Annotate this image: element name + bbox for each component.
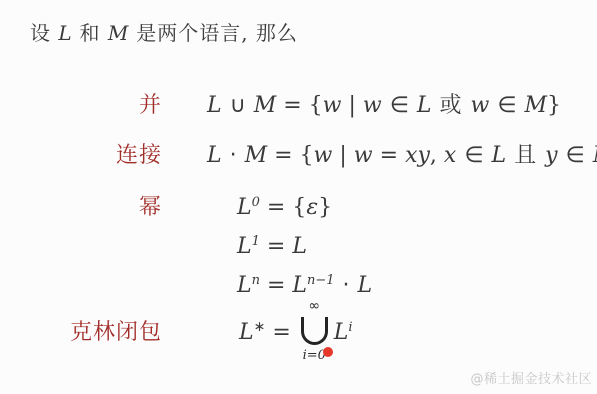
math-token: n−1	[307, 273, 335, 288]
math-token: ·	[222, 143, 245, 168]
formula-power-group: L0 = {ε} L1 = L Ln = Ln−1 · L	[237, 186, 372, 303]
watermark-text: @稀土掘金技术社区	[470, 368, 592, 387]
math-token: M	[525, 93, 548, 118]
math-token: L	[58, 21, 72, 45]
math-token: = {	[276, 93, 322, 118]
term-label-union: 并	[0, 92, 162, 120]
formula-concatenation: L · M = {w | w = xy, x ∈ L 且 y ∈ M}	[207, 142, 597, 171]
definition-row-concatenation: 连接 L · M = {w | w = xy, x ∈ L 且 y ∈ M}	[0, 142, 597, 171]
term-label-concatenation: 连接	[0, 142, 162, 170]
math-token: ε	[306, 195, 318, 220]
math-token: ∈	[489, 93, 524, 118]
math-token: M	[245, 143, 268, 168]
math-token: M	[108, 21, 129, 45]
formula-kleene-closure: L∗ = ∞i=0Li	[239, 301, 353, 365]
infinity-upper-limit: ∞	[308, 299, 320, 314]
math-token: }	[547, 93, 561, 118]
intro-sentence: 设 L 和 M 是两个语言, 那么	[30, 20, 298, 46]
math-token: = {	[260, 195, 306, 220]
math-token: 1	[252, 234, 260, 249]
math-token: w	[354, 143, 373, 168]
math-token: 和	[72, 21, 108, 45]
math-token: ∪	[222, 93, 254, 118]
math-token: ∗	[254, 319, 266, 335]
math-token: 设	[30, 21, 58, 45]
math-token: i	[348, 320, 352, 335]
math-token: L	[417, 93, 432, 118]
math-token: 或	[432, 93, 471, 118]
math-token: w	[323, 93, 342, 118]
math-token: x	[444, 143, 456, 168]
math-token: L	[237, 195, 252, 220]
math-token: y	[545, 143, 557, 168]
definition-row-kleene-closure: 克林闭包 L∗ = ∞i=0Li	[0, 296, 597, 370]
math-token: L	[292, 273, 307, 298]
math-token: L	[292, 234, 307, 259]
math-token: ∈	[382, 93, 417, 118]
math-token: 且	[506, 143, 545, 168]
math-token: 0	[252, 195, 260, 210]
definition-row-power: 幂 L0 = {ε} L1 = L Ln = Ln−1 · L	[0, 186, 597, 303]
math-token: L	[239, 320, 254, 345]
math-token: L	[207, 143, 222, 168]
math-token: L	[334, 320, 349, 345]
math-token: =	[260, 234, 292, 259]
math-token: M	[593, 143, 597, 168]
term-label-kleene-closure: 克林闭包	[0, 319, 162, 347]
laser-pointer-dot	[323, 347, 333, 357]
term-label-power: 幂	[0, 194, 162, 222]
math-token: ∈	[456, 143, 491, 168]
math-token: ·	[335, 273, 358, 298]
math-token: L	[237, 273, 252, 298]
math-token: L	[207, 93, 222, 118]
math-token: =	[373, 143, 405, 168]
formula-power-base: L0 = {ε}	[237, 186, 372, 225]
formula-union: L ∪ M = {w | w ∈ L 或 w ∈ M}	[207, 92, 561, 121]
math-token: |	[332, 143, 353, 168]
math-token: L	[491, 143, 506, 168]
math-token: L	[237, 234, 252, 259]
formula-power-one: L1 = L	[237, 225, 372, 264]
math-token: |	[342, 93, 363, 118]
definition-row-union: 并 L ∪ M = {w | w ∈ L 或 w ∈ M}	[0, 92, 597, 121]
math-token: }	[318, 195, 332, 220]
math-token: =	[260, 273, 292, 298]
math-token: w	[314, 143, 333, 168]
math-token: L	[358, 273, 373, 298]
math-token: xy	[405, 143, 430, 168]
math-token: = {	[267, 143, 313, 168]
big-union-icon	[301, 317, 328, 345]
math-token: =	[265, 320, 297, 345]
math-token: n	[252, 273, 260, 288]
math-token: w	[471, 93, 490, 118]
math-token: w	[363, 93, 382, 118]
slide-canvas: 设 L 和 M 是两个语言, 那么 并 L ∪ M = {w | w ∈ L 或…	[0, 0, 597, 394]
math-token: ,	[430, 143, 444, 168]
math-token: M	[254, 93, 277, 118]
math-token: ∈	[558, 143, 593, 168]
math-token: 是两个语言, 那么	[129, 21, 298, 45]
